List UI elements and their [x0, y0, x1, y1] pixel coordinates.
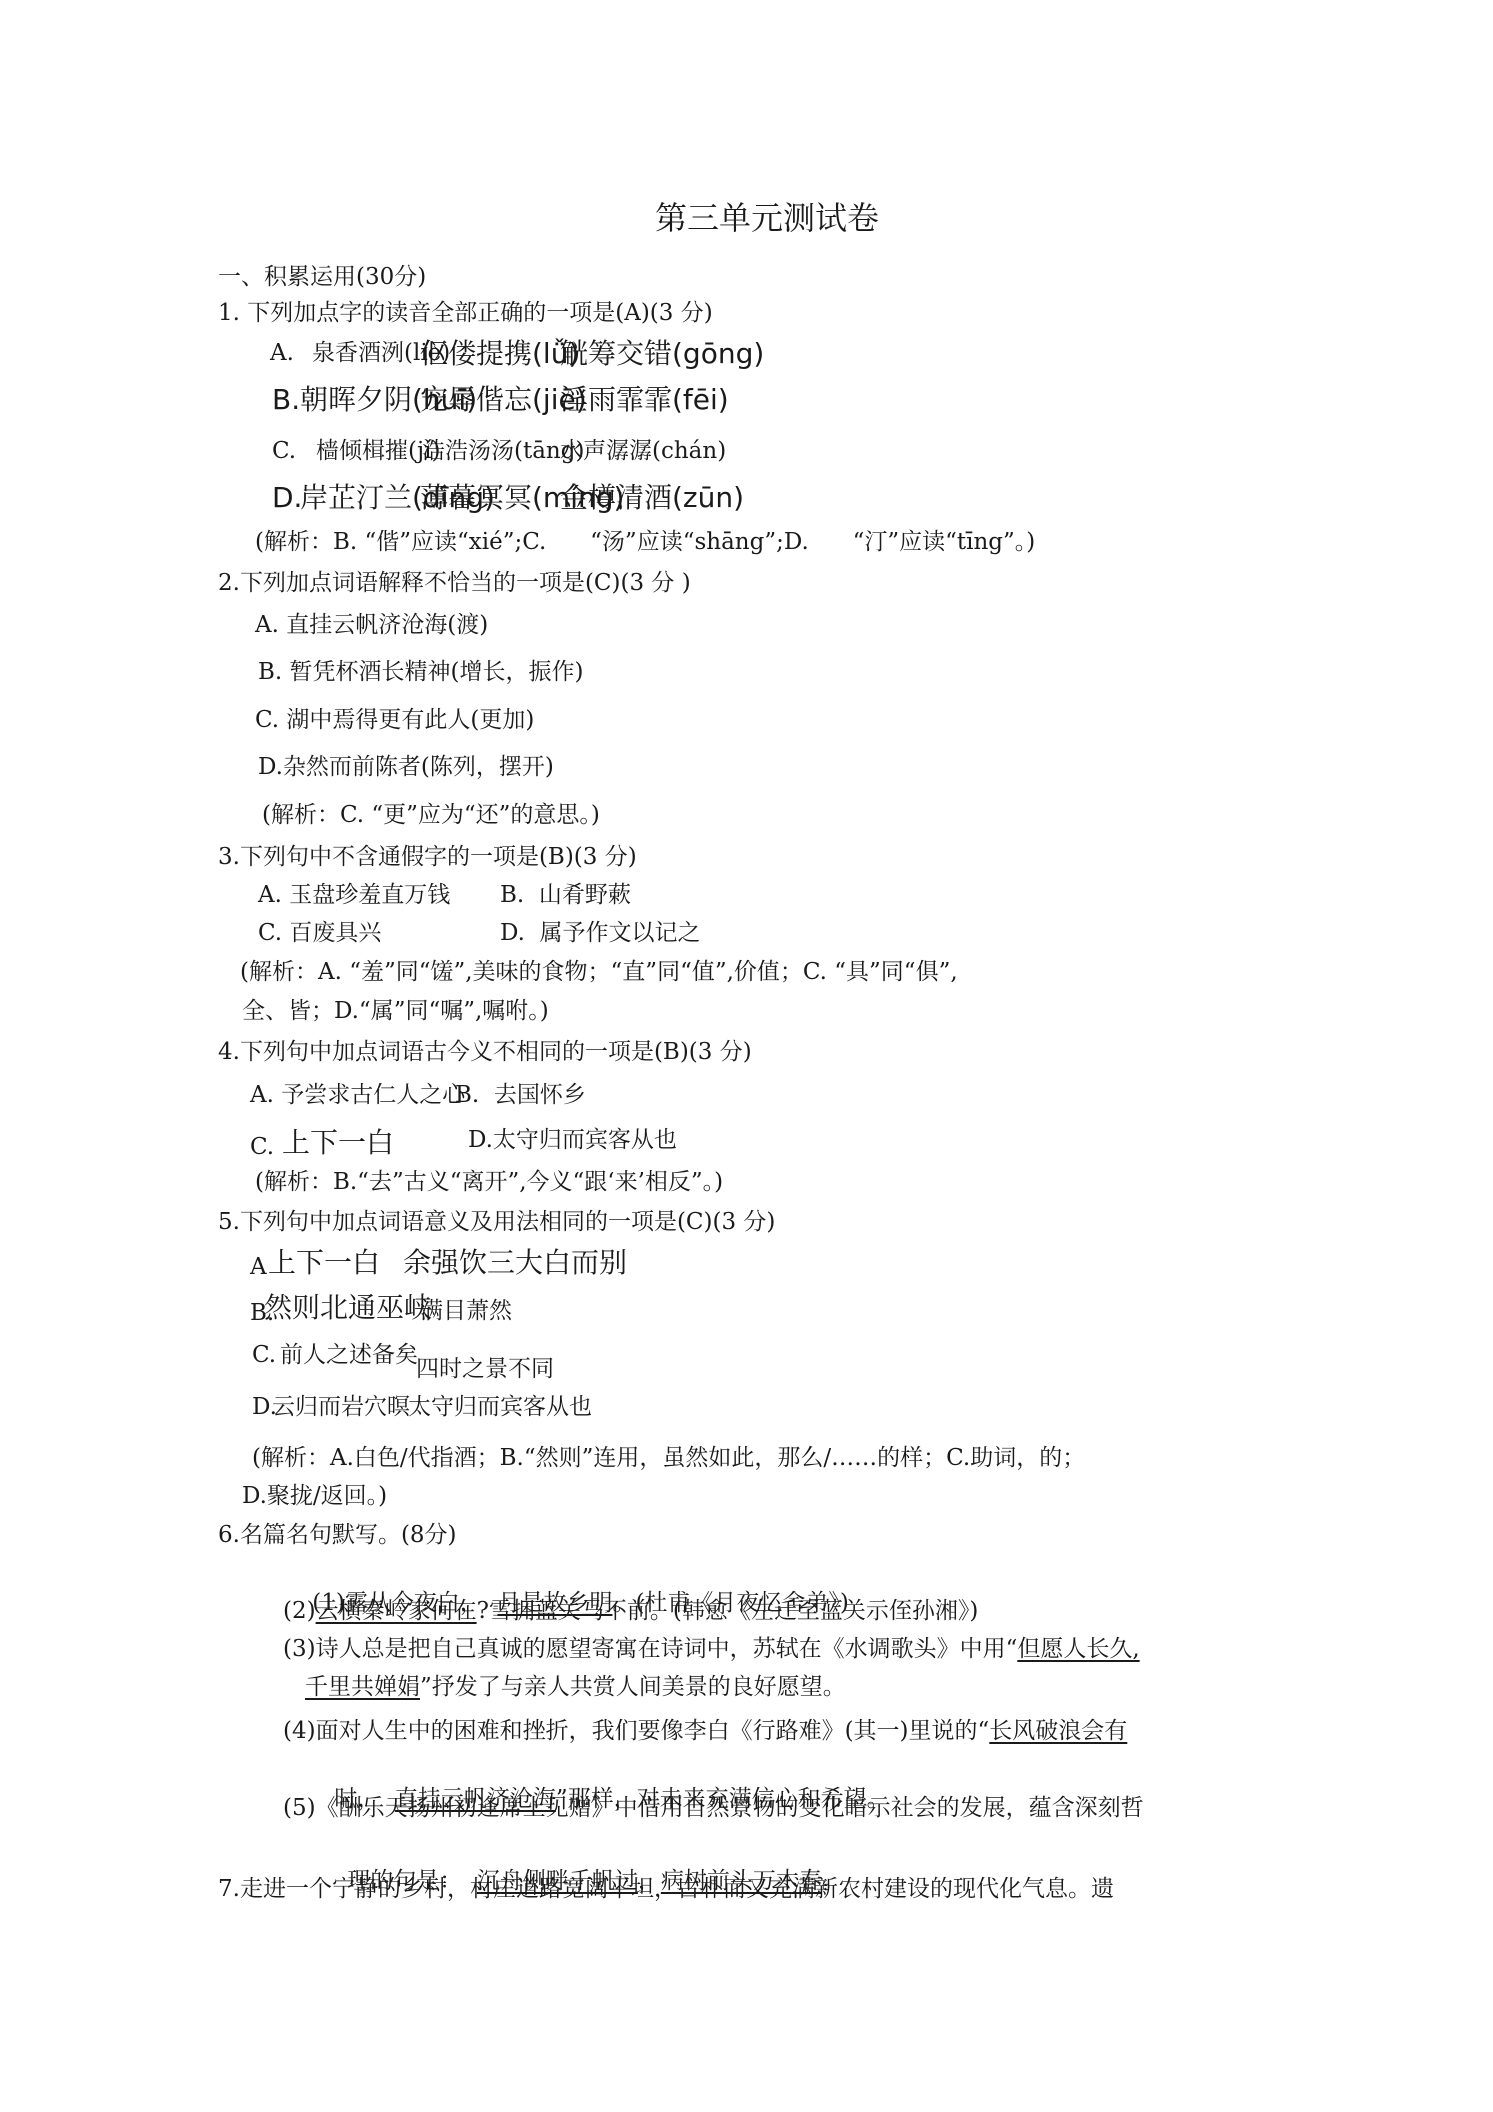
question-3-option-b: B. 山肴野蔌 — [500, 880, 631, 910]
question-4-option-b: B. 去国怀乡 — [455, 1080, 586, 1110]
question-6-item-3: (3)诗人总是把自己真诚的愿望寄寓在诗词中，苏轼在《水调歌头》中用“但愿人长久, — [283, 1634, 1140, 1664]
question-5-analysis-line-1: (解析：A.白色/代指酒；B.“然则”连用，虽然如此，那么/……的样；C.助词，… — [252, 1443, 1085, 1473]
question-6-item-3-cont: 千里共婵娟”抒发了与亲人共赏人间美景的良好愿望。 — [305, 1672, 846, 1702]
answer-blank: 千里共婵娟 — [305, 1674, 420, 1700]
question-3-option-c: C. 百废具兴 — [258, 918, 381, 948]
question-5-analysis-line-2: D.聚拢/返回。) — [242, 1481, 387, 1511]
question-3-analysis-line-1: (解析：A. “羞”同“馐”,美味的食物；“直”同“值”,价值；C. “具”同“… — [240, 957, 958, 987]
question-6-item-5: (5)《酬乐天扬州初逢席上见赠》中借用自然景物的变化暗示社会的发展，蕴含深刻哲 — [283, 1793, 1144, 1823]
question-6-stem: 6.名篇名句默写。(8分) — [218, 1520, 457, 1550]
question-4-analysis: (解析：B.“去”古义“离开”,今义“跟‘来’相反”。) — [255, 1167, 723, 1197]
question-4-option-d: D.太守归而宾客从也 — [468, 1125, 677, 1155]
question-6-item-2: (2)云横秦岭家何在?雪拥蓝关马不前。(韩愈《左迁至蓝关示侄孙湘》) — [283, 1596, 978, 1626]
question-3-stem: 3.下列句中不含通假字的一项是(B)(3 分) — [218, 842, 637, 872]
question-2-option-c: C. 湖中焉得更有此人(更加) — [255, 705, 534, 735]
answer-blank: 云横秦岭家何在 — [316, 1598, 477, 1624]
question-3-option-d: D. 属予作文以记之 — [500, 918, 701, 948]
question-1-analysis: (解析：B. “偕”应读“xié”;C. “汤”应读“shāng”;D. “汀”… — [255, 527, 1035, 557]
question-2-option-a: A. 直挂云帆济沧海(渡) — [255, 610, 488, 640]
question-4-stem: 4.下列句中加点词语古今义不相同的一项是(B)(3 分) — [218, 1037, 752, 1067]
exam-page: 第三单元测试卷 一、积累运用(30分) 1. 下列加点字的读音全部正确的一项是(… — [0, 0, 1493, 2112]
question-6-item-4: (4)面对人生中的困难和挫折，我们要像李白《行路难》(其一)里说的“长风破浪会有 — [283, 1716, 1127, 1746]
question-2-option-d: D.杂然而前陈者(陈列，摆开) — [258, 752, 554, 782]
question-7-stem: 7.走进一个宁静的乡村，村庄道路宽阔平坦，古朴而又充满新农村建设的现代化气息。遗 — [218, 1874, 1114, 1904]
question-4-option-a: A. 予尝求古仁人之心 — [250, 1080, 465, 1110]
question-2-analysis: (解析：C. “更”应为“还”的意思。) — [262, 800, 600, 830]
question-1-stem: 1. 下列加点字的读音全部正确的一项是(A)(3 分) — [218, 298, 713, 328]
question-3-option-a: A. 玉盘珍羞直万钱 — [258, 880, 450, 910]
answer-blank: 但愿人长久, — [1017, 1636, 1139, 1662]
question-5-stem: 5.下列句中加点词语意义及用法相同的一项是(C)(3 分) — [218, 1207, 775, 1237]
question-2-option-b: B. 暂凭杯酒长精神(增长，振作) — [258, 657, 583, 687]
question-2-stem: 2.下列加点词语解释不恰当的一项是(C)(3 分 ) — [218, 568, 691, 598]
answer-blank: 长风破浪会有 — [989, 1718, 1127, 1744]
page-title: 第三单元测试卷 — [655, 198, 879, 238]
section-heading: 一、积累运用(30分) — [218, 262, 426, 292]
question-3-analysis-line-2: 全、皆；D.“属”同“嘱”,嘱咐。) — [242, 996, 549, 1026]
